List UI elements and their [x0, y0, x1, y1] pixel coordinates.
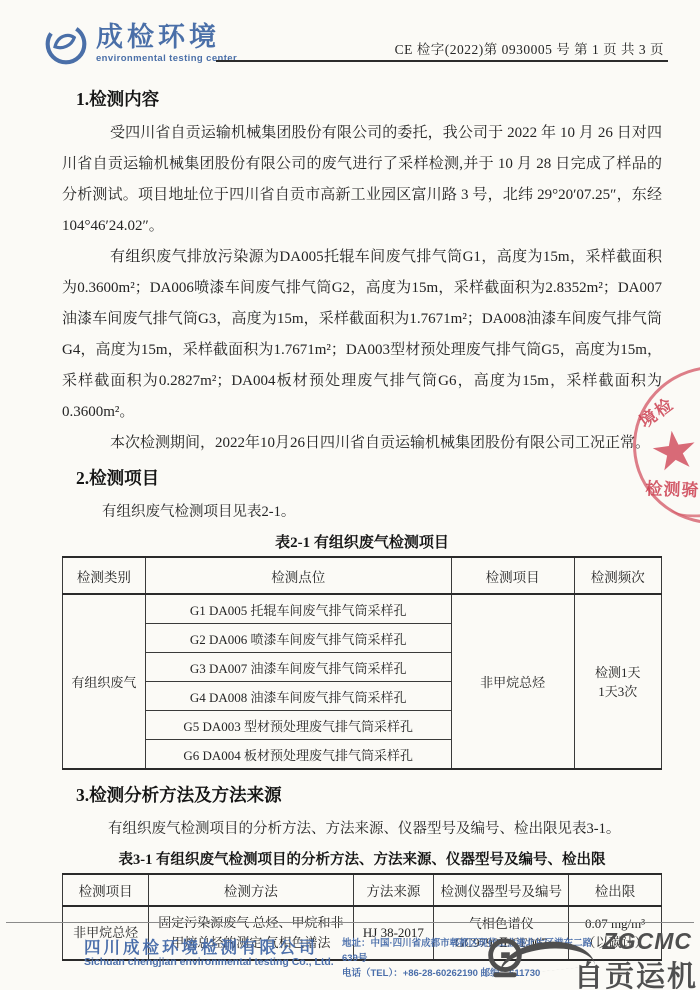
table-2-1: 检测类别 检测点位 检测项目 检测频次 有组织废气 G1 DA005 托辊车间废… — [62, 556, 662, 770]
table-3-1-header-row: 检测项目 检测方法 方法来源 检测仪器型号及编号 检出限 — [63, 874, 662, 906]
section-1-paragraph-3: 本次检测期间，2022年10月26日四川省自贡运输机械集团股份有限公司工况正常。 — [62, 428, 662, 459]
footer-company-name-en: Sichuan chengjian environmental testing … — [84, 956, 334, 968]
table-header-cell: 检出限 — [569, 874, 662, 906]
table-header-cell: 方法来源 — [353, 874, 434, 906]
section-3-title: 3.检测分析方法及方法来源 — [76, 782, 662, 808]
point-cell: G3 DA007 油漆车间废气排气筒采样孔 — [145, 653, 451, 682]
header-logo: 成检环境 environmental testing center — [44, 22, 237, 66]
footer-rule — [6, 922, 694, 923]
table-header-cell: 检测方法 — [149, 874, 353, 906]
watermark-text-cn: 自贡运机 — [574, 954, 698, 990]
section-1-paragraph-1: 受四川省自贡运输机械集团股份有限公司的委托，我公司于 2022 年 10 月 2… — [62, 118, 662, 242]
logo-e-icon — [44, 22, 88, 66]
point-cell: G1 DA005 托辊车间废气排气筒采样孔 — [145, 594, 451, 624]
section-1-paragraph-2: 有组织废气排放污染源为DA005托辊车间废气排气筒G1，高度为15m，采样截面积… — [62, 242, 662, 428]
frequency-cell: 检测1天 1天3次 — [574, 594, 661, 769]
table-header-cell: 检测频次 — [574, 557, 661, 594]
section-3-intro: 有组织废气检测项目的分析方法、方法来源、仪器型号及编号、检出限见表3-1。 — [62, 814, 662, 844]
table-3-1-title: 表3-1 有组织废气检测项目的分析方法、方法来源、仪器型号及编号、检出限 — [62, 848, 662, 869]
table-header-cell: 检测点位 — [145, 557, 451, 594]
table-2-1-title: 表2-1 有组织废气检测项目 — [62, 531, 662, 552]
frequency-line-1: 检测1天 — [578, 663, 658, 682]
table-header-cell: 检测项目 — [63, 874, 149, 906]
document-body: 1.检测内容 受四川省自贡运输机械集团股份有限公司的委托，我公司于 2022 年… — [62, 86, 662, 961]
table-header-cell: 检测类别 — [63, 557, 146, 594]
section-1-title: 1.检测内容 — [76, 86, 662, 112]
point-cell: G4 DA008 油漆车间废气排气筒采样孔 — [145, 682, 451, 711]
category-cell: 有组织废气 — [63, 594, 146, 769]
point-cell: G5 DA003 型材预处理废气排气筒采样孔 — [145, 711, 451, 740]
section-2-intro: 有组织废气检测项目见表2-1。 — [62, 497, 662, 527]
frequency-line-2: 1天3次 — [578, 682, 658, 701]
table-header-cell: 检测仪器型号及编号 — [434, 874, 569, 906]
item-cell: 非甲烷总烃 — [451, 594, 574, 769]
logo-cn-text: 成检环境 — [96, 22, 237, 52]
report-page: 成检环境 environmental testing center CE 检字(… — [0, 0, 700, 990]
table-row: 有组织废气 G1 DA005 托辊车间废气排气筒采样孔 非甲烷总烃 检测1天 1… — [63, 594, 662, 624]
footer-company-name: 四川成检环境检测有限公司 — [84, 934, 318, 958]
watermark-text-en: ZGCMC — [603, 928, 692, 955]
point-cell: G2 DA006 喷漆车间废气排气筒采样孔 — [145, 624, 451, 653]
point-cell: G6 DA004 板材预处理废气排气筒采样孔 — [145, 740, 451, 770]
star-icon — [650, 428, 699, 476]
document-number: CE 检字(2022)第 0930005 号 第 1 页 共 3 页 — [395, 38, 664, 58]
logo-en-text: environmental testing center — [96, 53, 237, 64]
table-2-1-header-row: 检测类别 检测点位 检测项目 检测频次 — [63, 557, 662, 594]
section-2-title: 2.检测项目 — [76, 465, 662, 491]
table-header-cell: 检测项目 — [451, 557, 574, 594]
header-rule — [216, 60, 668, 62]
watermark-logo: ZGCMC 自贡运机 — [468, 926, 698, 990]
